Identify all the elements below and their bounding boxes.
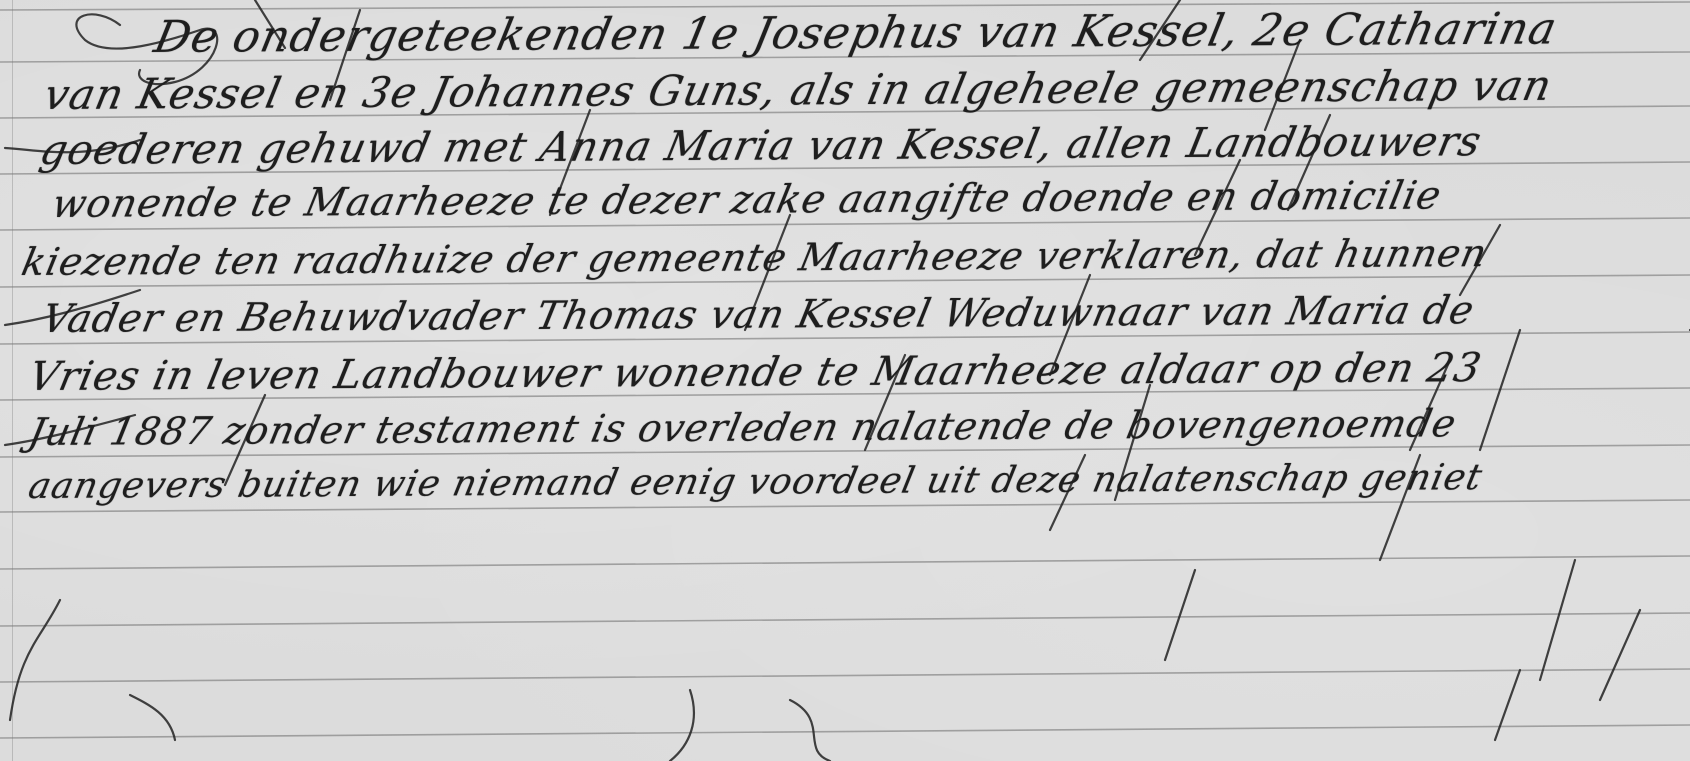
text-line-3: goederen gehuwd met Anna Maria van Kesse… (36, 117, 1486, 174)
text-line-5: kiezende ten raadhuize der gemeente Maar… (18, 231, 1491, 284)
text-line-2: van Kessel en 3e Johannes Guns, als in a… (40, 61, 1557, 119)
text-line-6: Vader en Behuwdvader Thomas van Kessel W… (38, 288, 1478, 342)
handwritten-text: De ondergeteekenden 1e Josephus van Kess… (0, 0, 1690, 761)
text-line-1: De ondergeteekenden 1e Josephus van Kess… (150, 3, 1562, 63)
text-line-9: aangevers buiten wie niemand eenig voord… (25, 457, 1486, 507)
text-line-4: wonende te Maarheeze te dezer zake aangi… (48, 174, 1446, 227)
text-line-8: Juli 1887 zonder testament is overleden … (25, 401, 1461, 454)
text-line-7: Vries in leven Landbouwer wonende te Maa… (25, 345, 1486, 400)
document-page: De ondergeteekenden 1e Josephus van Kess… (0, 0, 1690, 761)
